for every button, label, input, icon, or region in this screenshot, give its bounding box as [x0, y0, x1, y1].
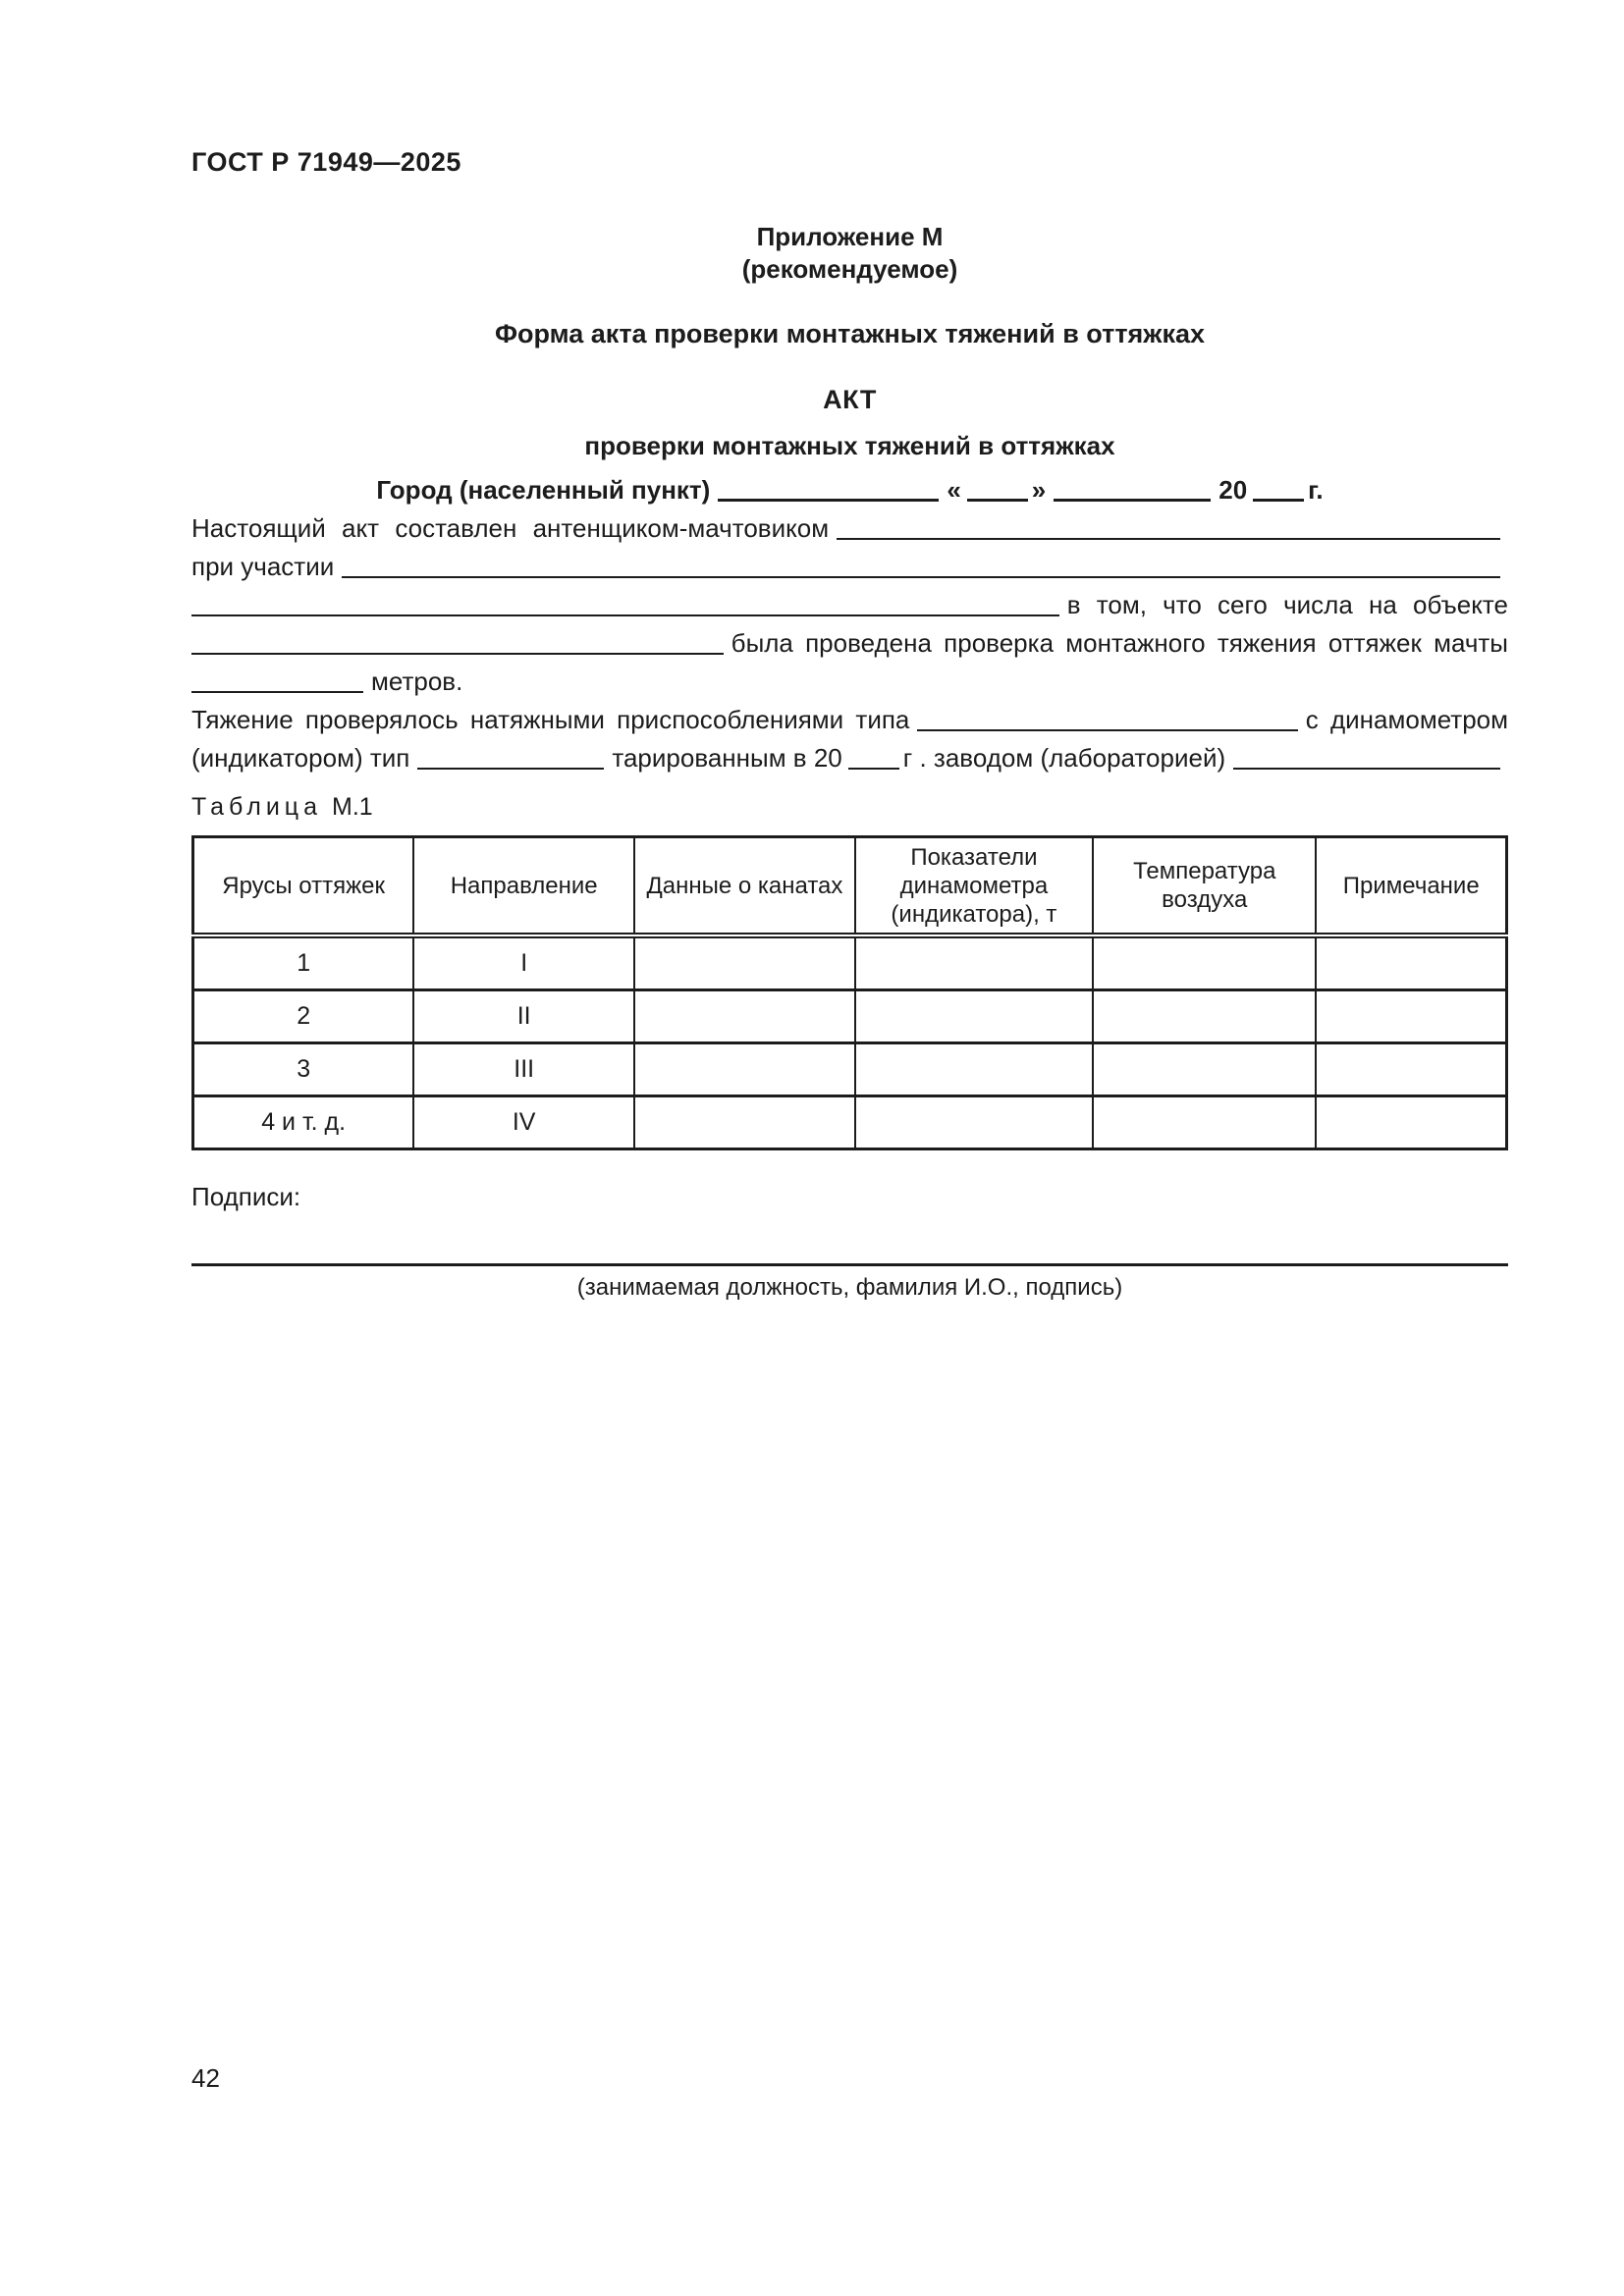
- table-cell: 4 и т. д.: [193, 1096, 414, 1149]
- table-cell: [1093, 990, 1316, 1043]
- appendix-kind: (рекомендуемое): [191, 253, 1508, 286]
- table-row: 1 I: [193, 935, 1507, 990]
- table-cell: [855, 1043, 1093, 1096]
- column-header-tiers: Ярусы оттяжек: [193, 837, 414, 936]
- close-quote: »: [1032, 475, 1046, 506]
- indicator-line: (индикатором) тип тарированным в 20 г . …: [191, 735, 1508, 774]
- table-cell: IV: [413, 1096, 634, 1149]
- table-cell: 2: [193, 990, 414, 1043]
- open-quote: «: [947, 475, 960, 506]
- device-type-blank: [917, 725, 1297, 731]
- city-label: Город (населенный пункт): [376, 475, 710, 506]
- factory-label: г . заводом (лабораторией): [903, 743, 1225, 774]
- act-form: Город (населенный пункт) « » 20 г. Насто…: [191, 467, 1508, 774]
- object-line: в том, что сего числа на объекте: [191, 582, 1508, 620]
- indicator-type-blank: [417, 764, 604, 770]
- table-cell: [855, 1096, 1093, 1149]
- participants-blank: [342, 572, 1500, 578]
- day-blank: [967, 495, 1028, 502]
- device-line: Тяжение проверялось натяжными приспособл…: [191, 697, 1508, 735]
- table-caption: ТаблицаМ.1: [191, 793, 1508, 822]
- participants-line: при участии: [191, 544, 1508, 582]
- table-cell: [634, 935, 855, 990]
- object-label: в том, что сего числа на объекте: [1067, 590, 1508, 620]
- table-cell: [1316, 990, 1506, 1043]
- calibrated-label: тарированным в 20: [612, 743, 841, 774]
- device-label: Тяжение проверялось натяжными приспособл…: [191, 705, 909, 735]
- meters-blank: [191, 687, 363, 693]
- column-header-temperature: Температура воздуха: [1093, 837, 1316, 936]
- factory-blank: [1233, 764, 1500, 770]
- check-line: была проведена проверка монтажного тяжен…: [191, 620, 1508, 659]
- table-row: 3 III: [193, 1043, 1507, 1096]
- table-row: 2 II: [193, 990, 1507, 1043]
- page-number: 42: [191, 2063, 220, 2094]
- act-heading: АКТ: [191, 385, 1508, 415]
- table-cell: [1316, 1043, 1506, 1096]
- year-suffix: г.: [1308, 475, 1323, 506]
- signature-caption: (занимаемая должность, фамилия И.О., под…: [191, 1274, 1508, 1302]
- table-cell: [634, 1096, 855, 1149]
- author-blank: [837, 534, 1500, 540]
- author-label: Настоящий акт составлен антенщиком-мачто…: [191, 513, 829, 544]
- table-cell: [1093, 1043, 1316, 1096]
- signatures-label: Подписи:: [191, 1182, 1508, 1212]
- check-label: была проведена проверка монтажного тяжен…: [731, 628, 1508, 659]
- table-cell: [1093, 935, 1316, 990]
- city-date-line: Город (населенный пункт) « » 20 г.: [191, 467, 1508, 506]
- table-cell: II: [413, 990, 634, 1043]
- city-blank: [718, 495, 939, 502]
- column-header-notes: Примечание: [1316, 837, 1506, 936]
- table-cell: [1316, 935, 1506, 990]
- signature-blank-line: [191, 1263, 1508, 1266]
- table-cell: [1093, 1096, 1316, 1149]
- table-cell: [634, 1043, 855, 1096]
- participants-label: при участии: [191, 552, 334, 582]
- author-line: Настоящий акт составлен антенщиком-мачто…: [191, 506, 1508, 544]
- table-caption-number: М.1: [332, 793, 373, 821]
- appendix-block: Приложение М (рекомендуемое): [191, 221, 1508, 286]
- appendix-title: Форма акта проверки монтажных тяжений в …: [191, 319, 1508, 349]
- indicator-label: (индикатором) тип: [191, 743, 409, 774]
- year-blank: [1253, 495, 1304, 502]
- table-cell: III: [413, 1043, 634, 1096]
- meters-label: метров.: [371, 667, 462, 697]
- standard-reference: ГОСТ Р 71949—2025: [191, 147, 1508, 178]
- page-content: ГОСТ Р 71949—2025 Приложение М (рекоменд…: [191, 0, 1508, 1302]
- column-header-dynamometer: Показатели динамометра (индикатора), т: [855, 837, 1093, 936]
- table-header-row: Ярусы оттяжек Направление Данные о канат…: [193, 837, 1507, 936]
- table-cell: [634, 990, 855, 1043]
- column-header-direction: Направление: [413, 837, 634, 936]
- column-header-ropes: Данные о канатах: [634, 837, 855, 936]
- act-subheading: проверки монтажных тяжений в оттяжках: [191, 431, 1508, 461]
- table-cell: I: [413, 935, 634, 990]
- appendix-label: Приложение М: [191, 221, 1508, 253]
- tension-check-table: Ярусы оттяжек Направление Данные о канат…: [191, 835, 1508, 1150]
- table-cell: [855, 990, 1093, 1043]
- document-page: ГОСТ Р 71949—2025 Приложение М (рекоменд…: [0, 0, 1624, 2296]
- table-cell: [855, 935, 1093, 990]
- month-blank: [1054, 495, 1211, 502]
- table-cell: 1: [193, 935, 414, 990]
- table-caption-word: Таблица: [191, 793, 322, 821]
- calibrated-year-blank: [848, 764, 899, 770]
- table-cell: 3: [193, 1043, 414, 1096]
- table-row: 4 и т. д. IV: [193, 1096, 1507, 1149]
- device-suffix: с динамометром: [1306, 705, 1508, 735]
- check-blank: [191, 649, 724, 655]
- meters-line: метров.: [191, 659, 1508, 697]
- object-blank: [191, 611, 1059, 616]
- year-prefix: 20: [1218, 475, 1247, 506]
- table-cell: [1316, 1096, 1506, 1149]
